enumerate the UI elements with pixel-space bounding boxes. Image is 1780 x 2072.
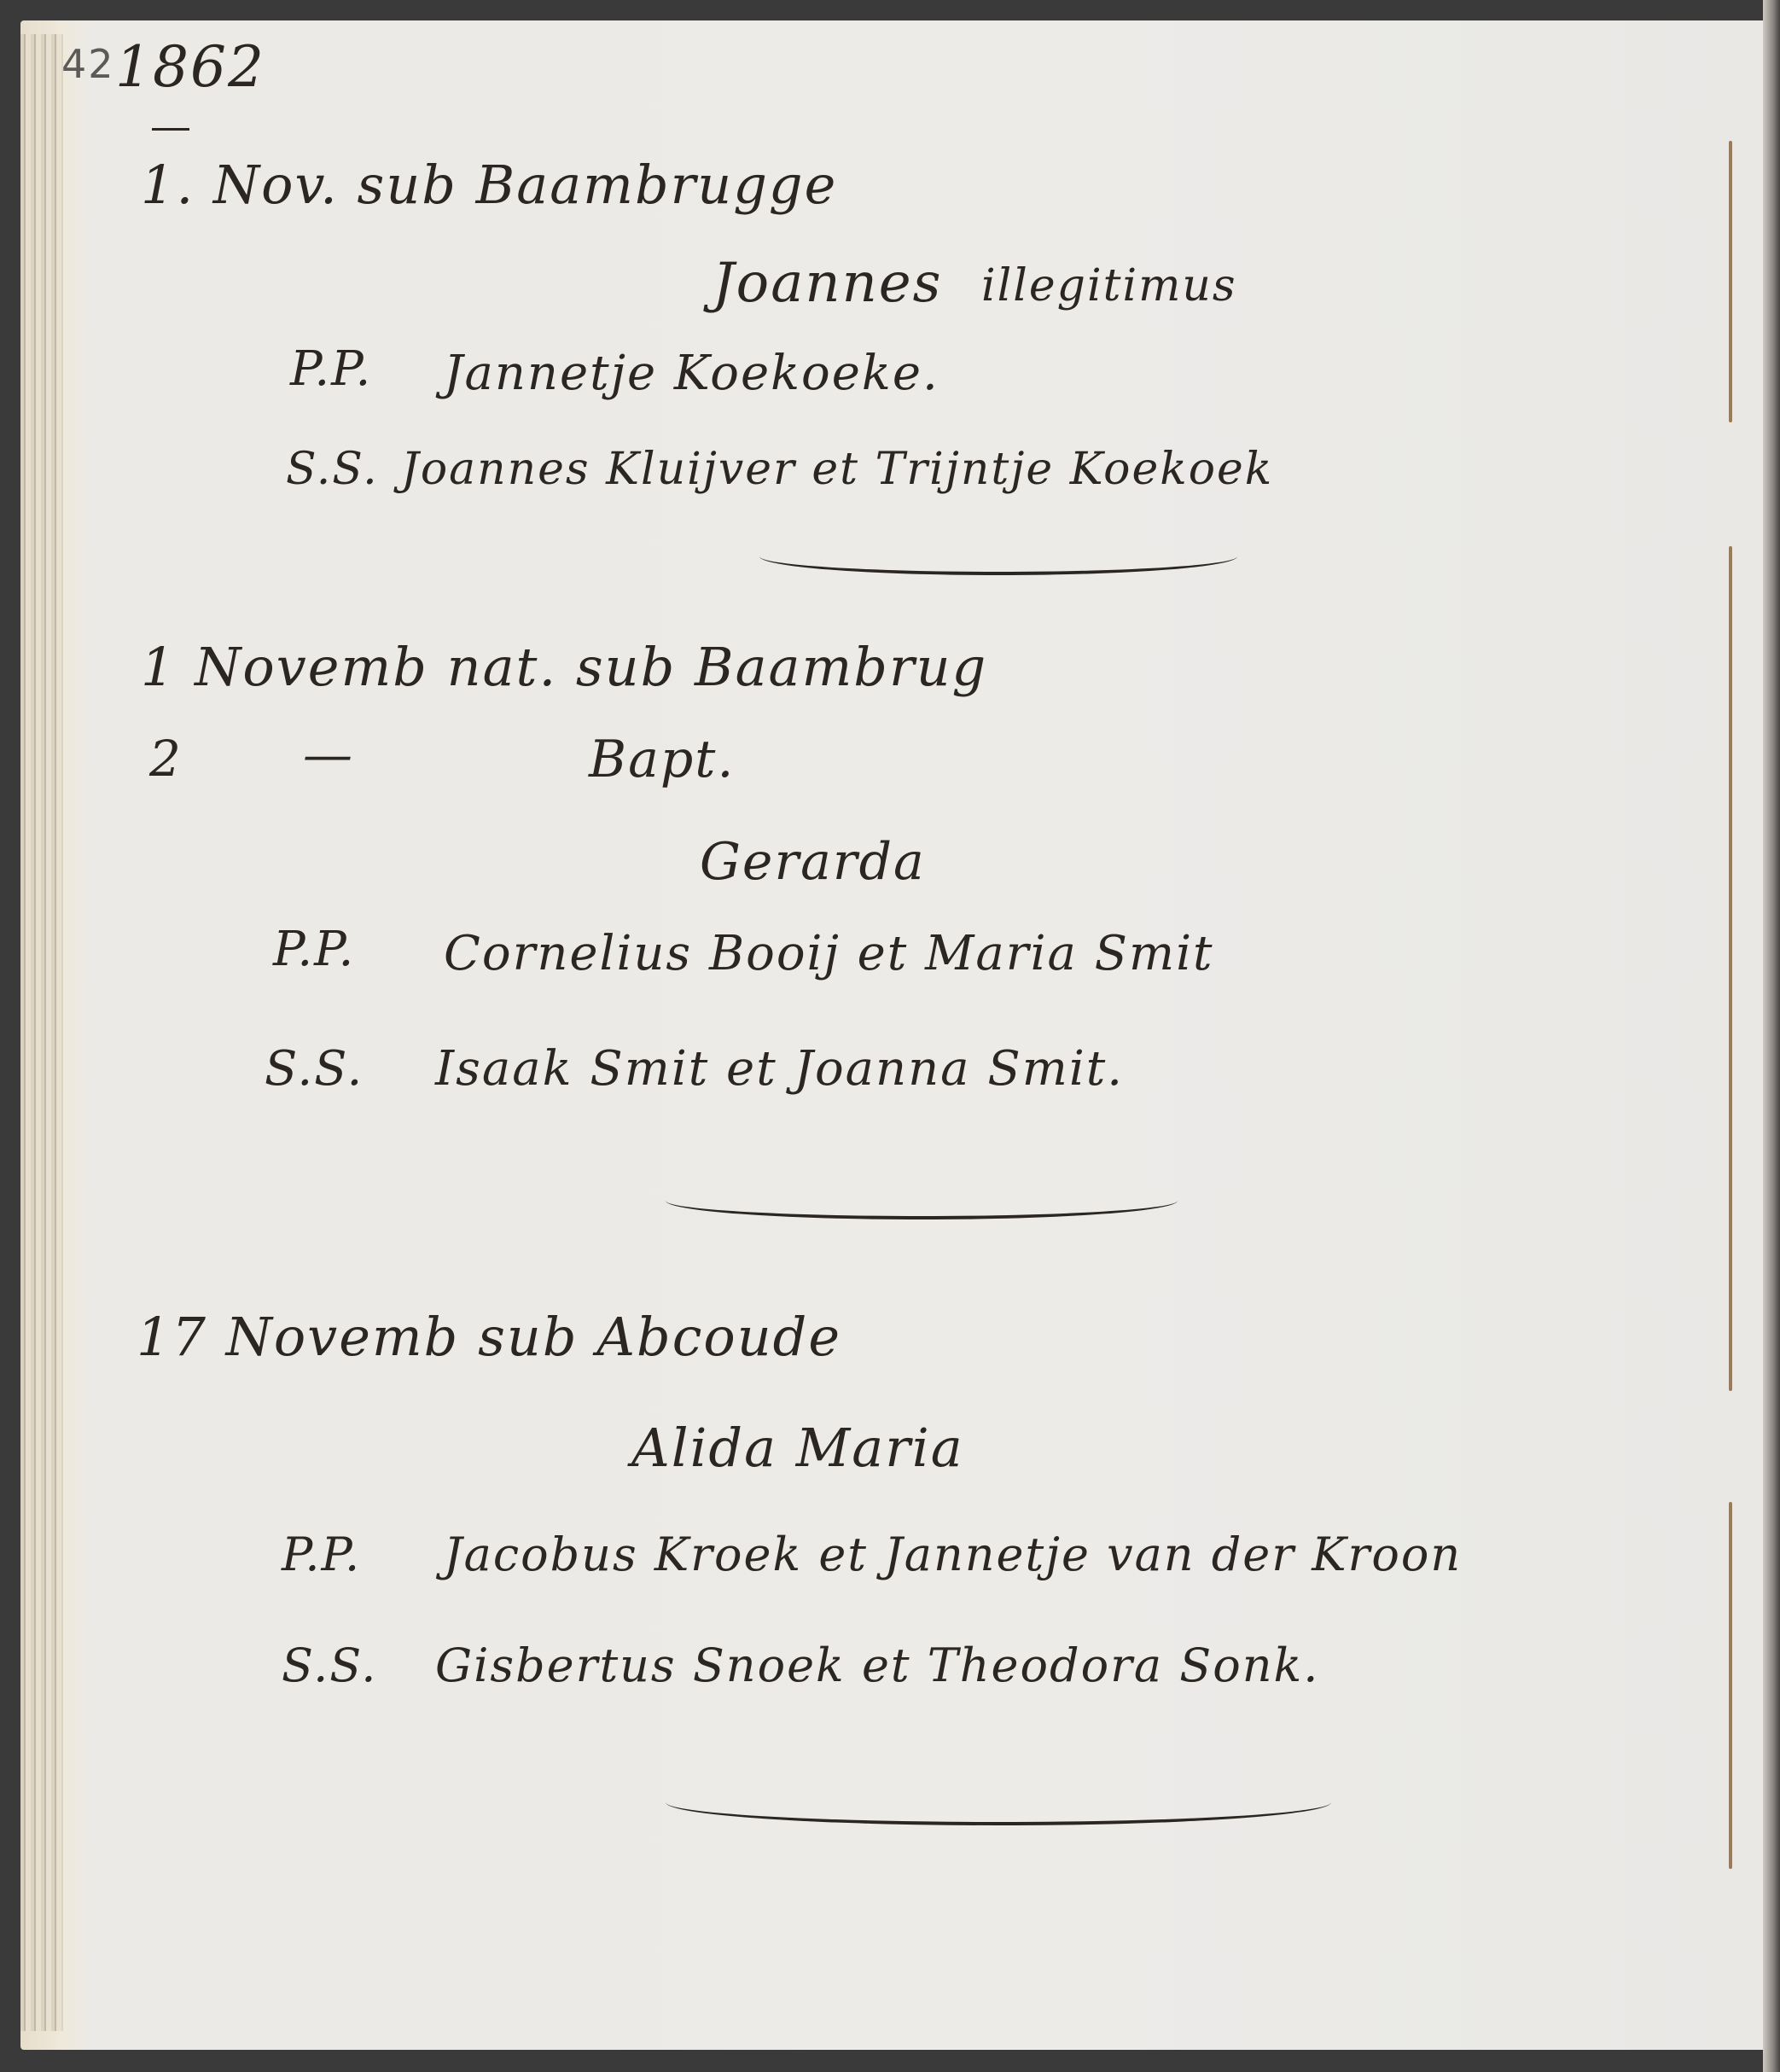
sponsors-label: S.S. — [265, 1041, 364, 1097]
parents-names: Jacobus Kroek et Jannetje van der Kroon — [444, 1528, 1462, 1581]
binding-stitch — [1729, 546, 1732, 1391]
parents-names: Cornelius Booij et Maria Smit — [444, 926, 1214, 981]
entry-date-place: 17 Novemb sub Abcoude — [137, 1306, 841, 1368]
sponsors-names: Joannes Kluijver et Trijntje Koekoek — [401, 444, 1273, 495]
entry-divider-flourish — [666, 1182, 1178, 1219]
child-name: Gerarda — [700, 832, 926, 892]
entry-divider-flourish — [759, 538, 1237, 575]
parents-label: P.P. — [290, 341, 372, 397]
sponsors-names: Isaak Smit et Joanna Smit. — [435, 1041, 1124, 1097]
baptism-day: 2 — [149, 730, 183, 788]
folio-number: 42 — [61, 41, 115, 87]
year-heading: 1862 — [115, 34, 265, 100]
year-underline — [152, 128, 189, 131]
register-page — [20, 20, 1780, 2050]
sponsors-names: Gisbertus Snoek et Theodora Sonk. — [435, 1638, 1319, 1692]
parents-label: P.P. — [273, 922, 355, 977]
page-stack-edges — [20, 34, 63, 2031]
entry-date-place: 1. Nov. sub Baambrugge — [141, 154, 837, 216]
sponsors-label: S.S. — [282, 1638, 377, 1692]
binding-stitch — [1729, 141, 1732, 422]
child-name: Alida Maria — [631, 1417, 964, 1479]
parents-label: P.P. — [282, 1528, 361, 1581]
parents-names: Jannetje Koekoeke. — [444, 346, 939, 401]
binding-gutter — [1763, 0, 1780, 2072]
entry-divider-flourish — [666, 1779, 1331, 1825]
ditto-dash: — — [303, 725, 354, 783]
legitimacy-note: illegitimus — [981, 260, 1237, 311]
entry-birth-line: 1 Novemb nat. sub Baambrug — [141, 636, 987, 698]
sponsors-label: S.S. — [286, 444, 379, 495]
child-name: Joannes — [713, 252, 943, 315]
binding-stitch — [1729, 1502, 1732, 1869]
baptism-label: Bapt. — [589, 730, 735, 789]
